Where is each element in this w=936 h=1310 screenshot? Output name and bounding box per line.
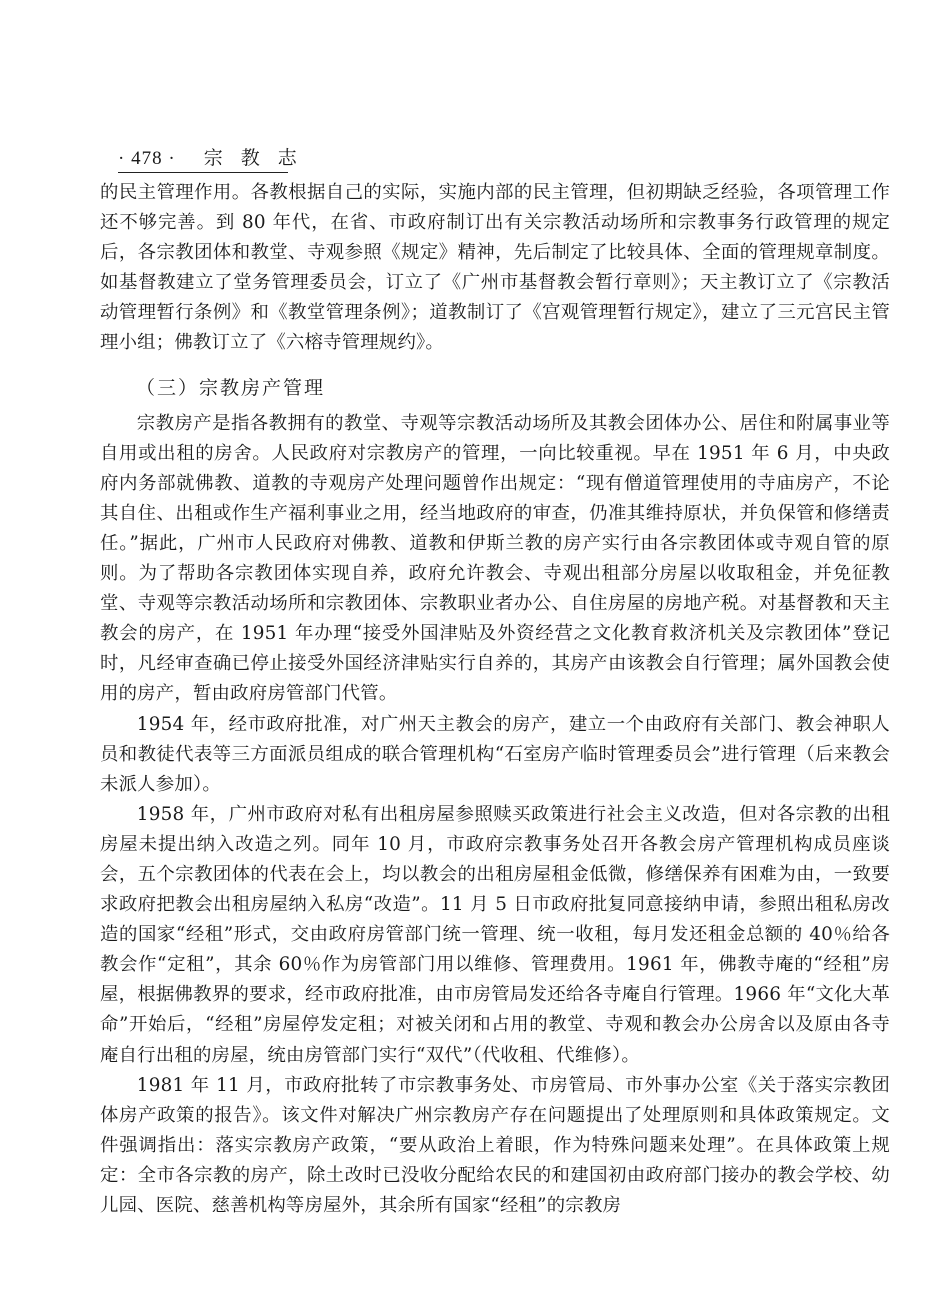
paragraph: 1954 年，经市政府批准，对广州天主教会的房产，建立一个由政府有关部门、教会神… <box>100 710 890 800</box>
section-heading: （三）宗教房产管理 <box>136 373 890 403</box>
paragraph: 1958 年，广州市政府对私有出租房屋参照赎买政策进行社会主义改造，但对各宗教的… <box>100 800 890 1071</box>
book-title: 宗 教 志 <box>204 147 303 169</box>
running-header: · 478 · 宗 教 志 <box>118 143 288 173</box>
page-body: 的民主管理作用。各教根据自己的实际，实施内部的民主管理，但初期缺乏经验，各项管理… <box>100 178 890 1221</box>
paragraph-continued: 的民主管理作用。各教根据自己的实际，实施内部的民主管理，但初期缺乏经验，各项管理… <box>100 178 890 359</box>
paragraph: 1981 年 11 月，市政府批转了市宗教事务处、市房管局、市外事办公室《关于落… <box>100 1071 890 1221</box>
paragraph: 宗教房产是指各教拥有的教堂、寺观等宗教活动场所及其教会团体办公、居住和附属事业等… <box>100 409 890 710</box>
page-number: · 478 · <box>118 148 176 169</box>
